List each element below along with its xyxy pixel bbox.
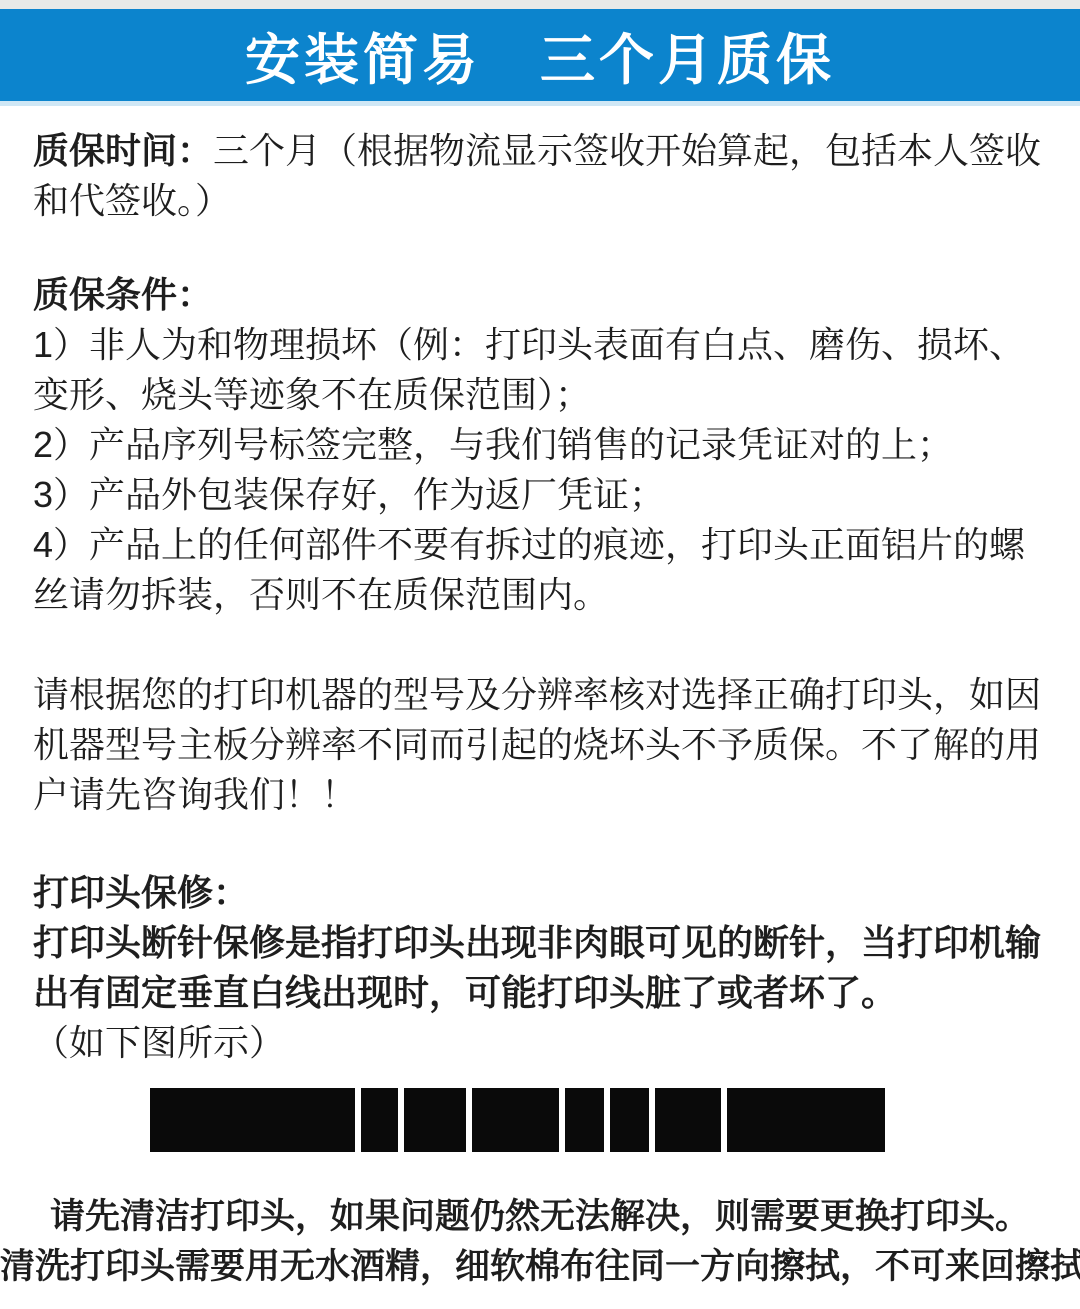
header-banner: 安装简易 三个月质保 [0,9,1080,106]
warranty-condition-line: 2）产品序列号标签完整，与我们销售的记录凭证对的上； [33,420,1047,470]
test-pattern-bar [361,1088,398,1152]
printhead-warranty-heading: 打印头保修： [33,868,1047,918]
footer-note-line: 清洗打印头需要用无水酒精，细软棉布往同一方向擦拭，不可来回擦拭 [0,1242,1080,1292]
warranty-content: 质保时间：三个月（根据物流显示签收开始算起，包括本人签收 和代签收。） 质保条件… [0,126,1080,1068]
top-strip [0,0,1080,9]
warranty-time-text: 三个月（根据物流显示签收开始算起，包括本人签收 [213,130,1041,171]
test-pattern [150,1088,1080,1152]
test-pattern-bar [404,1088,466,1152]
warranty-condition-line: 变形、烧头等迹象不在质保范围）； [33,370,1047,420]
test-pattern-bar [727,1088,885,1152]
warranty-conditions-section: 质保条件： 1）非人为和物理损坏（例：打印头表面有白点、磨伤、损坏、 变形、烧头… [33,270,1047,620]
model-check-note-line: 请根据您的打印机器的型号及分辨率核对选择正确打印头，如因 [33,670,1047,720]
warranty-condition-line: 1）非人为和物理损坏（例：打印头表面有白点、磨伤、损坏、 [33,320,1047,370]
warranty-conditions-heading: 质保条件： [33,270,1047,320]
warranty-condition-line: 4）产品上的任何部件不要有拆过的痕迹，打印头正面铝片的螺 [33,520,1047,570]
warranty-condition-line: 3）产品外包装保存好，作为返厂凭证； [33,470,1047,520]
test-pattern-bar [655,1088,721,1152]
test-pattern-bar [150,1088,355,1152]
model-check-note-line: 机器型号主板分辨率不同而引起的烧坏头不予质保。不了解的用 [33,720,1047,770]
page-title: 安装简易 三个月质保 [245,16,835,95]
warranty-condition-line: 丝请勿拆装，否则不在质保范围内。 [33,570,1047,620]
test-pattern-bar [565,1088,604,1152]
footer-notes: 请先清洁打印头，如果问题仍然无法解决，则需要更换打印头。 清洗打印头需要用无水酒… [0,1192,1080,1292]
warranty-time-label: 质保时间： [33,130,213,171]
warranty-time-line: 和代签收。） [33,176,1047,226]
printhead-warranty-line: 打印头断针保修是指打印头出现非肉眼可见的断针，当打印机输 [33,918,1047,968]
model-check-note-line: 户请先咨询我们！！ [33,770,1047,820]
warranty-time-section: 质保时间：三个月（根据物流显示签收开始算起，包括本人签收 和代签收。） [33,126,1047,226]
test-pattern-bar [472,1088,559,1152]
warranty-time-line: 质保时间：三个月（根据物流显示签收开始算起，包括本人签收 [33,126,1047,176]
figure-caption: （如下图所示） [33,1018,1047,1068]
test-pattern-bar [610,1088,649,1152]
footer-note-line: 请先清洁打印头，如果问题仍然无法解决，则需要更换打印头。 [0,1192,1080,1242]
printhead-warranty-line: 出有固定垂直白线出现时，可能打印头脏了或者坏了。 [33,968,1047,1018]
model-check-note: 请根据您的打印机器的型号及分辨率核对选择正确打印头，如因 机器型号主板分辨率不同… [33,670,1047,820]
printhead-warranty-section: 打印头保修： 打印头断针保修是指打印头出现非肉眼可见的断针，当打印机输 出有固定… [33,868,1047,1068]
